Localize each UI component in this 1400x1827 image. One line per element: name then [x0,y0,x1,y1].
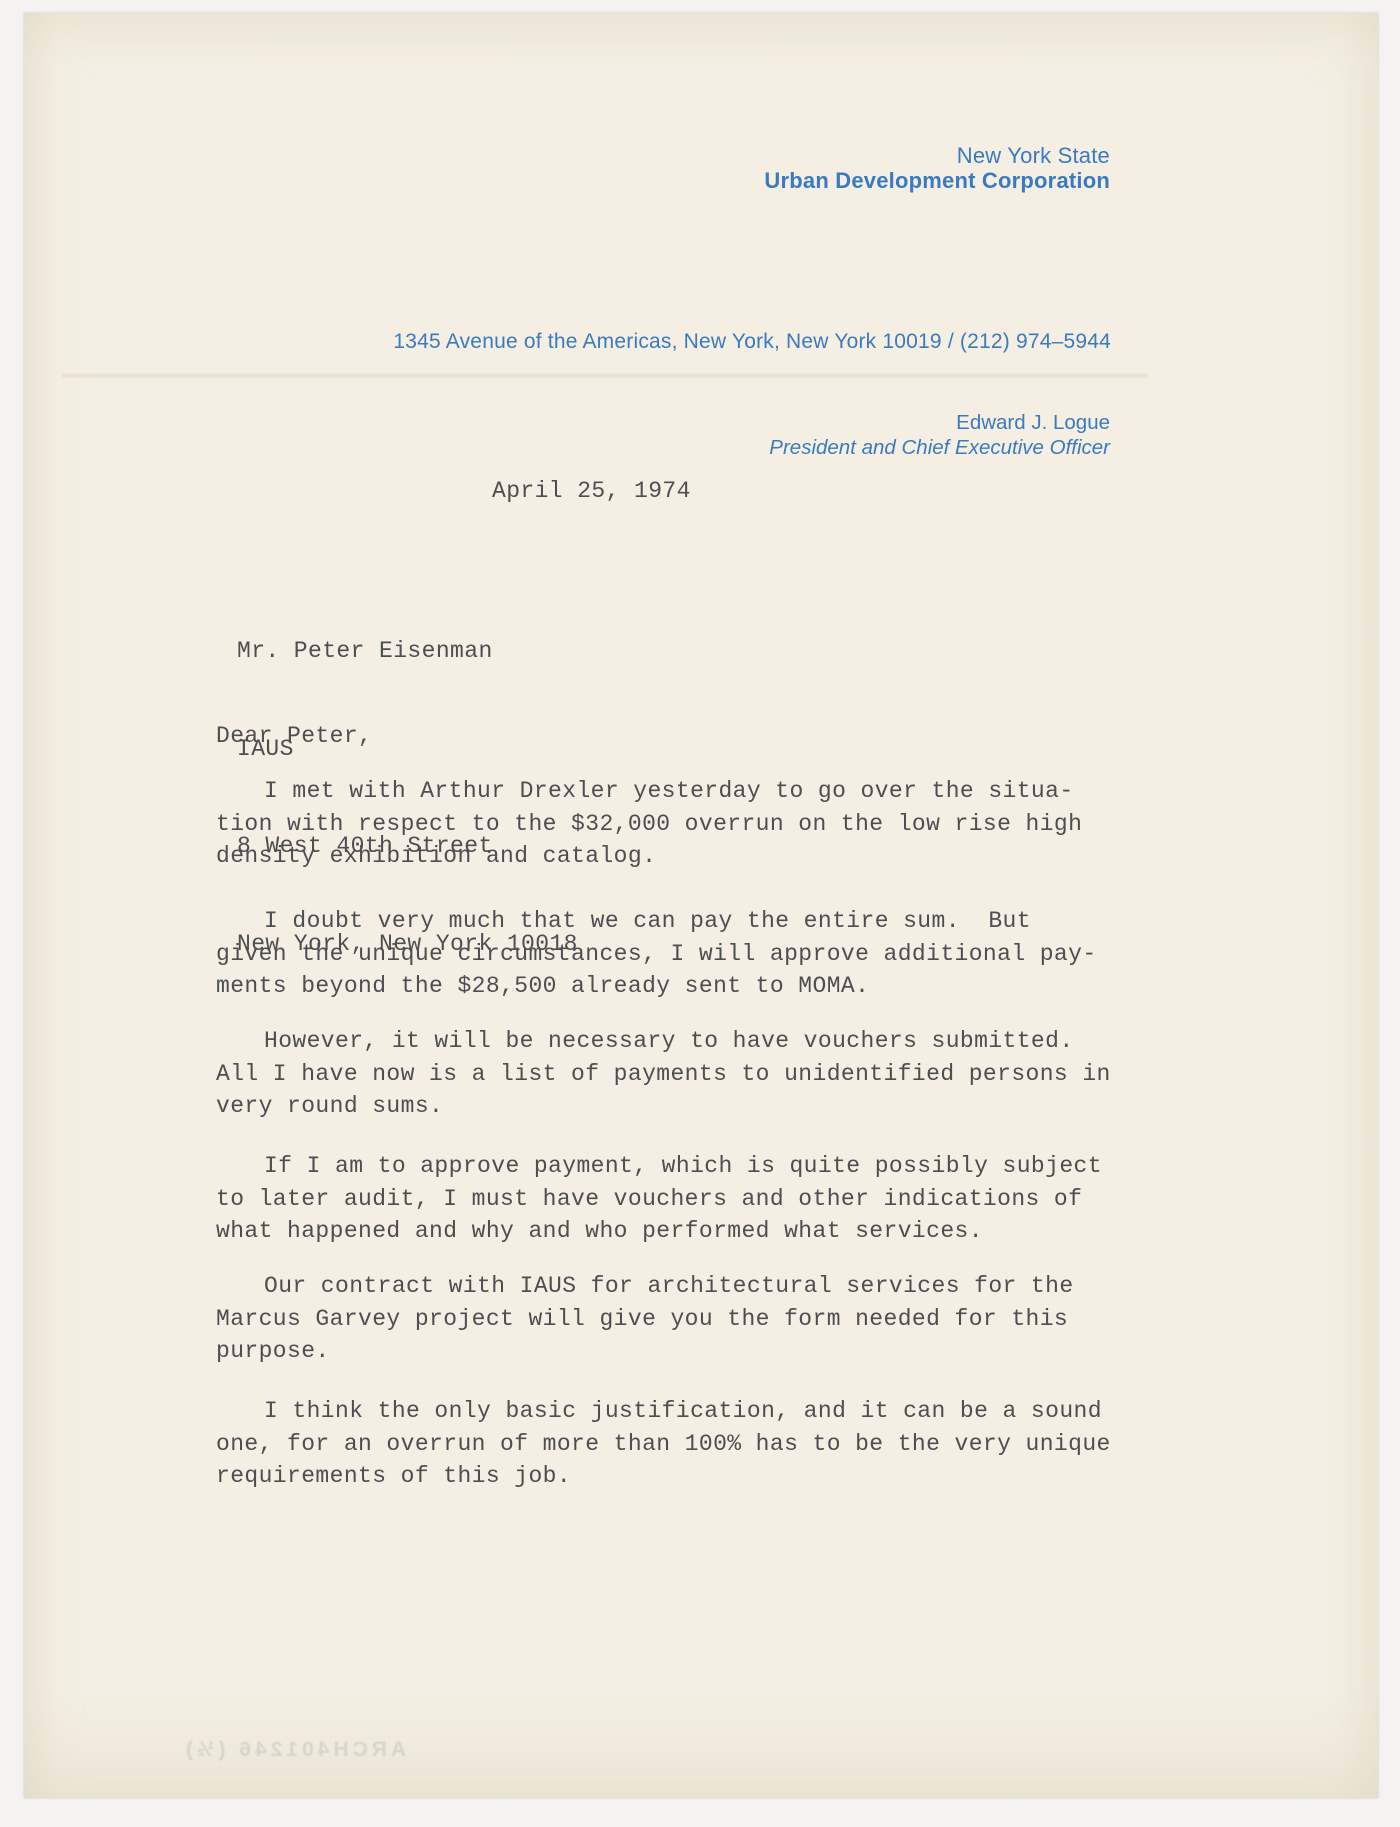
body-paragraph: Our contract with IAUS for architectural… [216,1270,1146,1368]
body-paragraph: However, it will be necessary to have vo… [216,1025,1146,1123]
body-paragraph: If I am to approve payment, which is qui… [216,1150,1146,1248]
salutation: Dear Peter, [216,720,372,753]
bleedthrough-stamp: ARCH401246 (½) [182,1738,406,1762]
letterhead-org-block: New York State Urban Development Corpora… [764,143,1110,193]
paper-crease-line [62,374,1147,377]
body-paragraph: I met with Arthur Drexler yesterday to g… [216,775,1146,873]
letter-date: April 25, 1974 [492,475,691,508]
letterhead-org-name-line1: New York State [764,143,1110,168]
letterhead-address-line: 1345 Avenue of the Americas, New York, N… [393,330,1111,354]
body-paragraph: I doubt very much that we can pay the en… [216,905,1146,1003]
letterhead-signatory-title: President and Chief Executive Officer [769,436,1110,460]
body-paragraph: I think the only basic justification, an… [216,1395,1146,1493]
letterhead-org-name-line2: Urban Development Corporation [764,168,1110,193]
letterhead-signatory-name: Edward J. Logue [956,411,1110,435]
scanned-letter: New York State Urban Development Corpora… [0,0,1400,1827]
recipient-line-name: Mr. Peter Eisenman [237,635,578,668]
